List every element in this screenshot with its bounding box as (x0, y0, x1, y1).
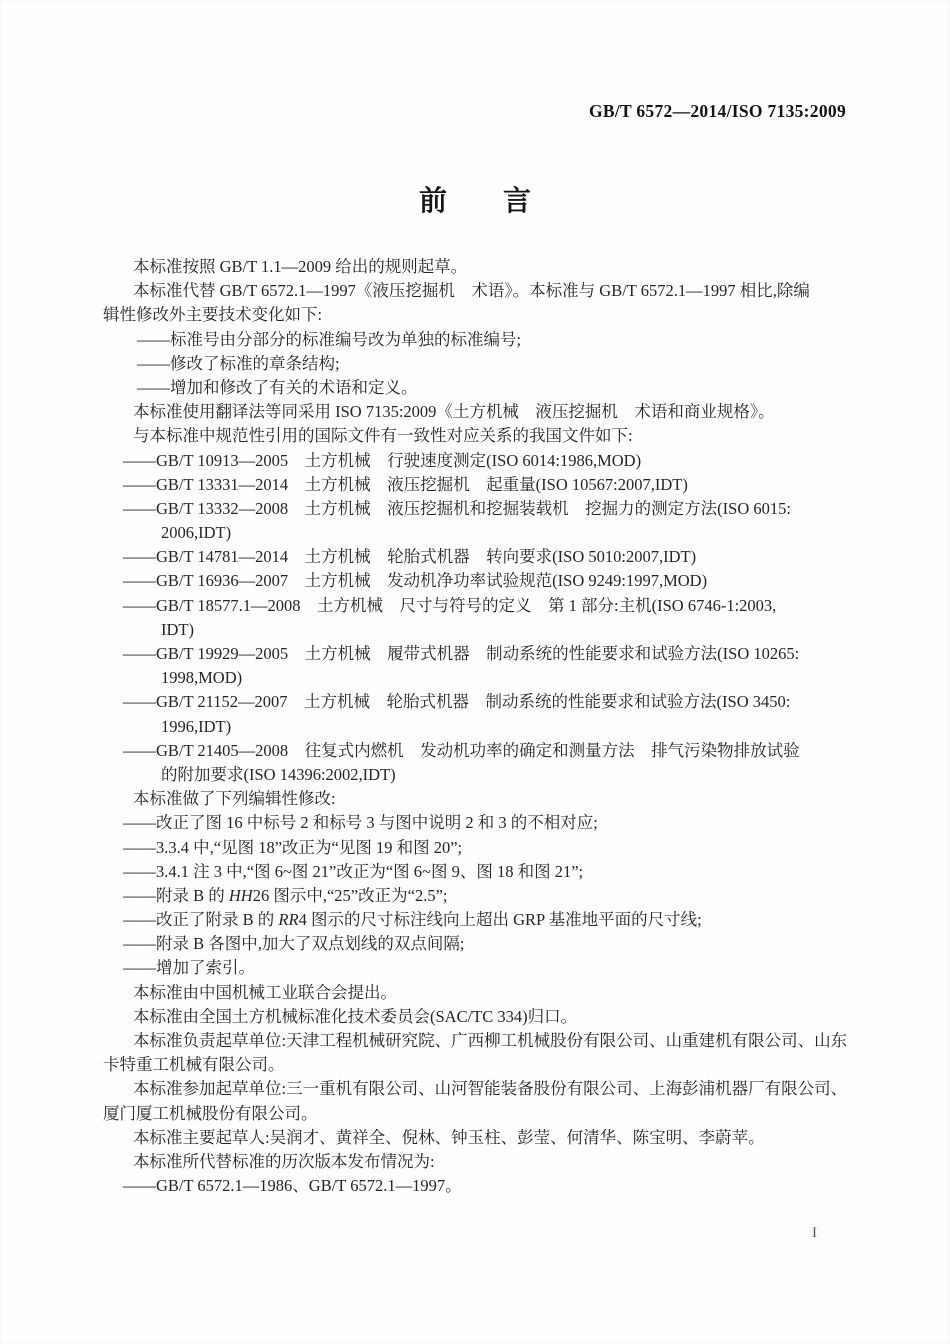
text-line: 本标准代替 GB/T 6572.1—1997《液压挖掘机 术语》。本标准与 GB… (103, 279, 873, 303)
text-line: ——附录 B 各图中,加大了双点划线的双点间隔; (103, 932, 873, 956)
foreword-title: 前 言 (0, 179, 950, 219)
text-line: ——增加和修改了有关的术语和定义。 (103, 376, 873, 400)
text-line: 2006,IDT) (103, 521, 873, 545)
text-line: ——标准号由分部分的标准编号改为单独的标准编号; (103, 328, 873, 352)
text-line: ——GB/T 21152—2007 土方机械 轮胎式机器 制动系统的性能要求和试… (103, 690, 873, 714)
text-line: IDT) (103, 618, 873, 642)
text-segment: ——改正了附录 B 的 (123, 910, 278, 929)
text-line: ——GB/T 19929—2005 土方机械 履带式机器 制动系统的性能要求和试… (103, 642, 873, 666)
text-line: 的附加要求(ISO 14396:2002,IDT) (103, 763, 873, 787)
text-line: 1996,IDT) (103, 715, 873, 739)
text-line: 本标准主要起草人:吴润才、黄祥全、倪林、钟玉柱、彭莹、何清华、陈宝明、李蔚苹。 (103, 1126, 873, 1150)
text-line: ——GB/T 16936—2007 土方机械 发动机净功率试验规范(ISO 92… (103, 569, 873, 593)
text-line: ——GB/T 21405—2008 往复式内燃机 发动机功率的确定和测量方法 排… (103, 739, 873, 763)
italic-symbol: HH (229, 886, 253, 905)
text-line: ——GB/T 18577.1—2008 土方机械 尺寸与符号的定义 第 1 部分… (103, 594, 873, 618)
text-line: 1998,MOD) (103, 666, 873, 690)
text-line: ——GB/T 14781—2014 土方机械 轮胎式机器 转向要求(ISO 50… (103, 545, 873, 569)
text-line: 本标准使用翻译法等同采用 ISO 7135:2009《土方机械 液压挖掘机 术语… (103, 400, 873, 424)
text-segment: 4 图示的尺寸标注线向上超出 GRP 基准地平面的尺寸线; (299, 910, 702, 929)
text-line: 与本标准中规范性引用的国际文件有一致性对应关系的我国文件如下: (103, 424, 873, 448)
text-line: 厦门厦工机械股份有限公司。 (103, 1102, 873, 1126)
text-segment: ——附录 B 的 (123, 886, 229, 905)
text-line: ——修改了标准的章条结构; (103, 352, 873, 376)
text-segment: 26 图示中,“25”改正为“2.5”; (253, 886, 448, 905)
text-line: ——附录 B 的 HH26 图示中,“25”改正为“2.5”; (103, 884, 873, 908)
text-line: 本标准参加起草单位:三一重机有限公司、山河智能装备股份有限公司、上海彭浦机器厂有… (103, 1077, 873, 1101)
text-line: ——GB/T 6572.1—1986、GB/T 6572.1—1997。 (103, 1174, 873, 1198)
text-line: 卡特重工机械有限公司。 (103, 1053, 873, 1077)
document-page: GB/T 6572—2014/ISO 7135:2009 前 言 本标准按照 G… (0, 0, 950, 1344)
text-line: 本标准负责起草单位:天津工程机械研究院、广西柳工机械股份有限公司、山重建机有限公… (103, 1029, 873, 1053)
text-line: 本标准由中国机械工业联合会提出。 (103, 981, 873, 1005)
text-line: ——改正了附录 B 的 RR4 图示的尺寸标注线向上超出 GRP 基准地平面的尺… (103, 908, 873, 932)
text-line: ——GB/T 10913—2005 土方机械 行驶速度测定(ISO 6014:1… (103, 449, 873, 473)
italic-symbol: RR (278, 910, 298, 929)
text-line: ——GB/T 13332—2008 土方机械 液压挖掘机和挖掘装载机 挖掘力的测… (103, 497, 873, 521)
text-line: 本标准做了下列编辑性修改: (103, 787, 873, 811)
text-line: ——3.3.4 中,“见图 18”改正为“见图 19 和图 20”; (103, 836, 873, 860)
foreword-body: 本标准按照 GB/T 1.1—2009 给出的规则起草。本标准代替 GB/T 6… (103, 255, 873, 1198)
text-line: 辑性修改外主要技术变化如下: (103, 303, 873, 327)
text-line: ——GB/T 13331—2014 土方机械 液压挖掘机 起重量(ISO 105… (103, 473, 873, 497)
text-line: ——改正了图 16 中标号 2 和标号 3 与图中说明 2 和 3 的不相对应; (103, 811, 873, 835)
text-line: 本标准按照 GB/T 1.1—2009 给出的规则起草。 (103, 255, 873, 279)
text-line: ——3.4.1 注 3 中,“图 6~图 21”改正为“图 6~图 9、图 18… (103, 860, 873, 884)
page-number: I (812, 1225, 817, 1242)
text-line: ——增加了索引。 (103, 956, 873, 980)
text-line: 本标准由全国土方机械标准化技术委员会(SAC/TC 334)归口。 (103, 1005, 873, 1029)
text-line: 本标准所代替标准的历次版本发布情况为: (103, 1150, 873, 1174)
standard-code-header: GB/T 6572—2014/ISO 7135:2009 (589, 101, 846, 122)
